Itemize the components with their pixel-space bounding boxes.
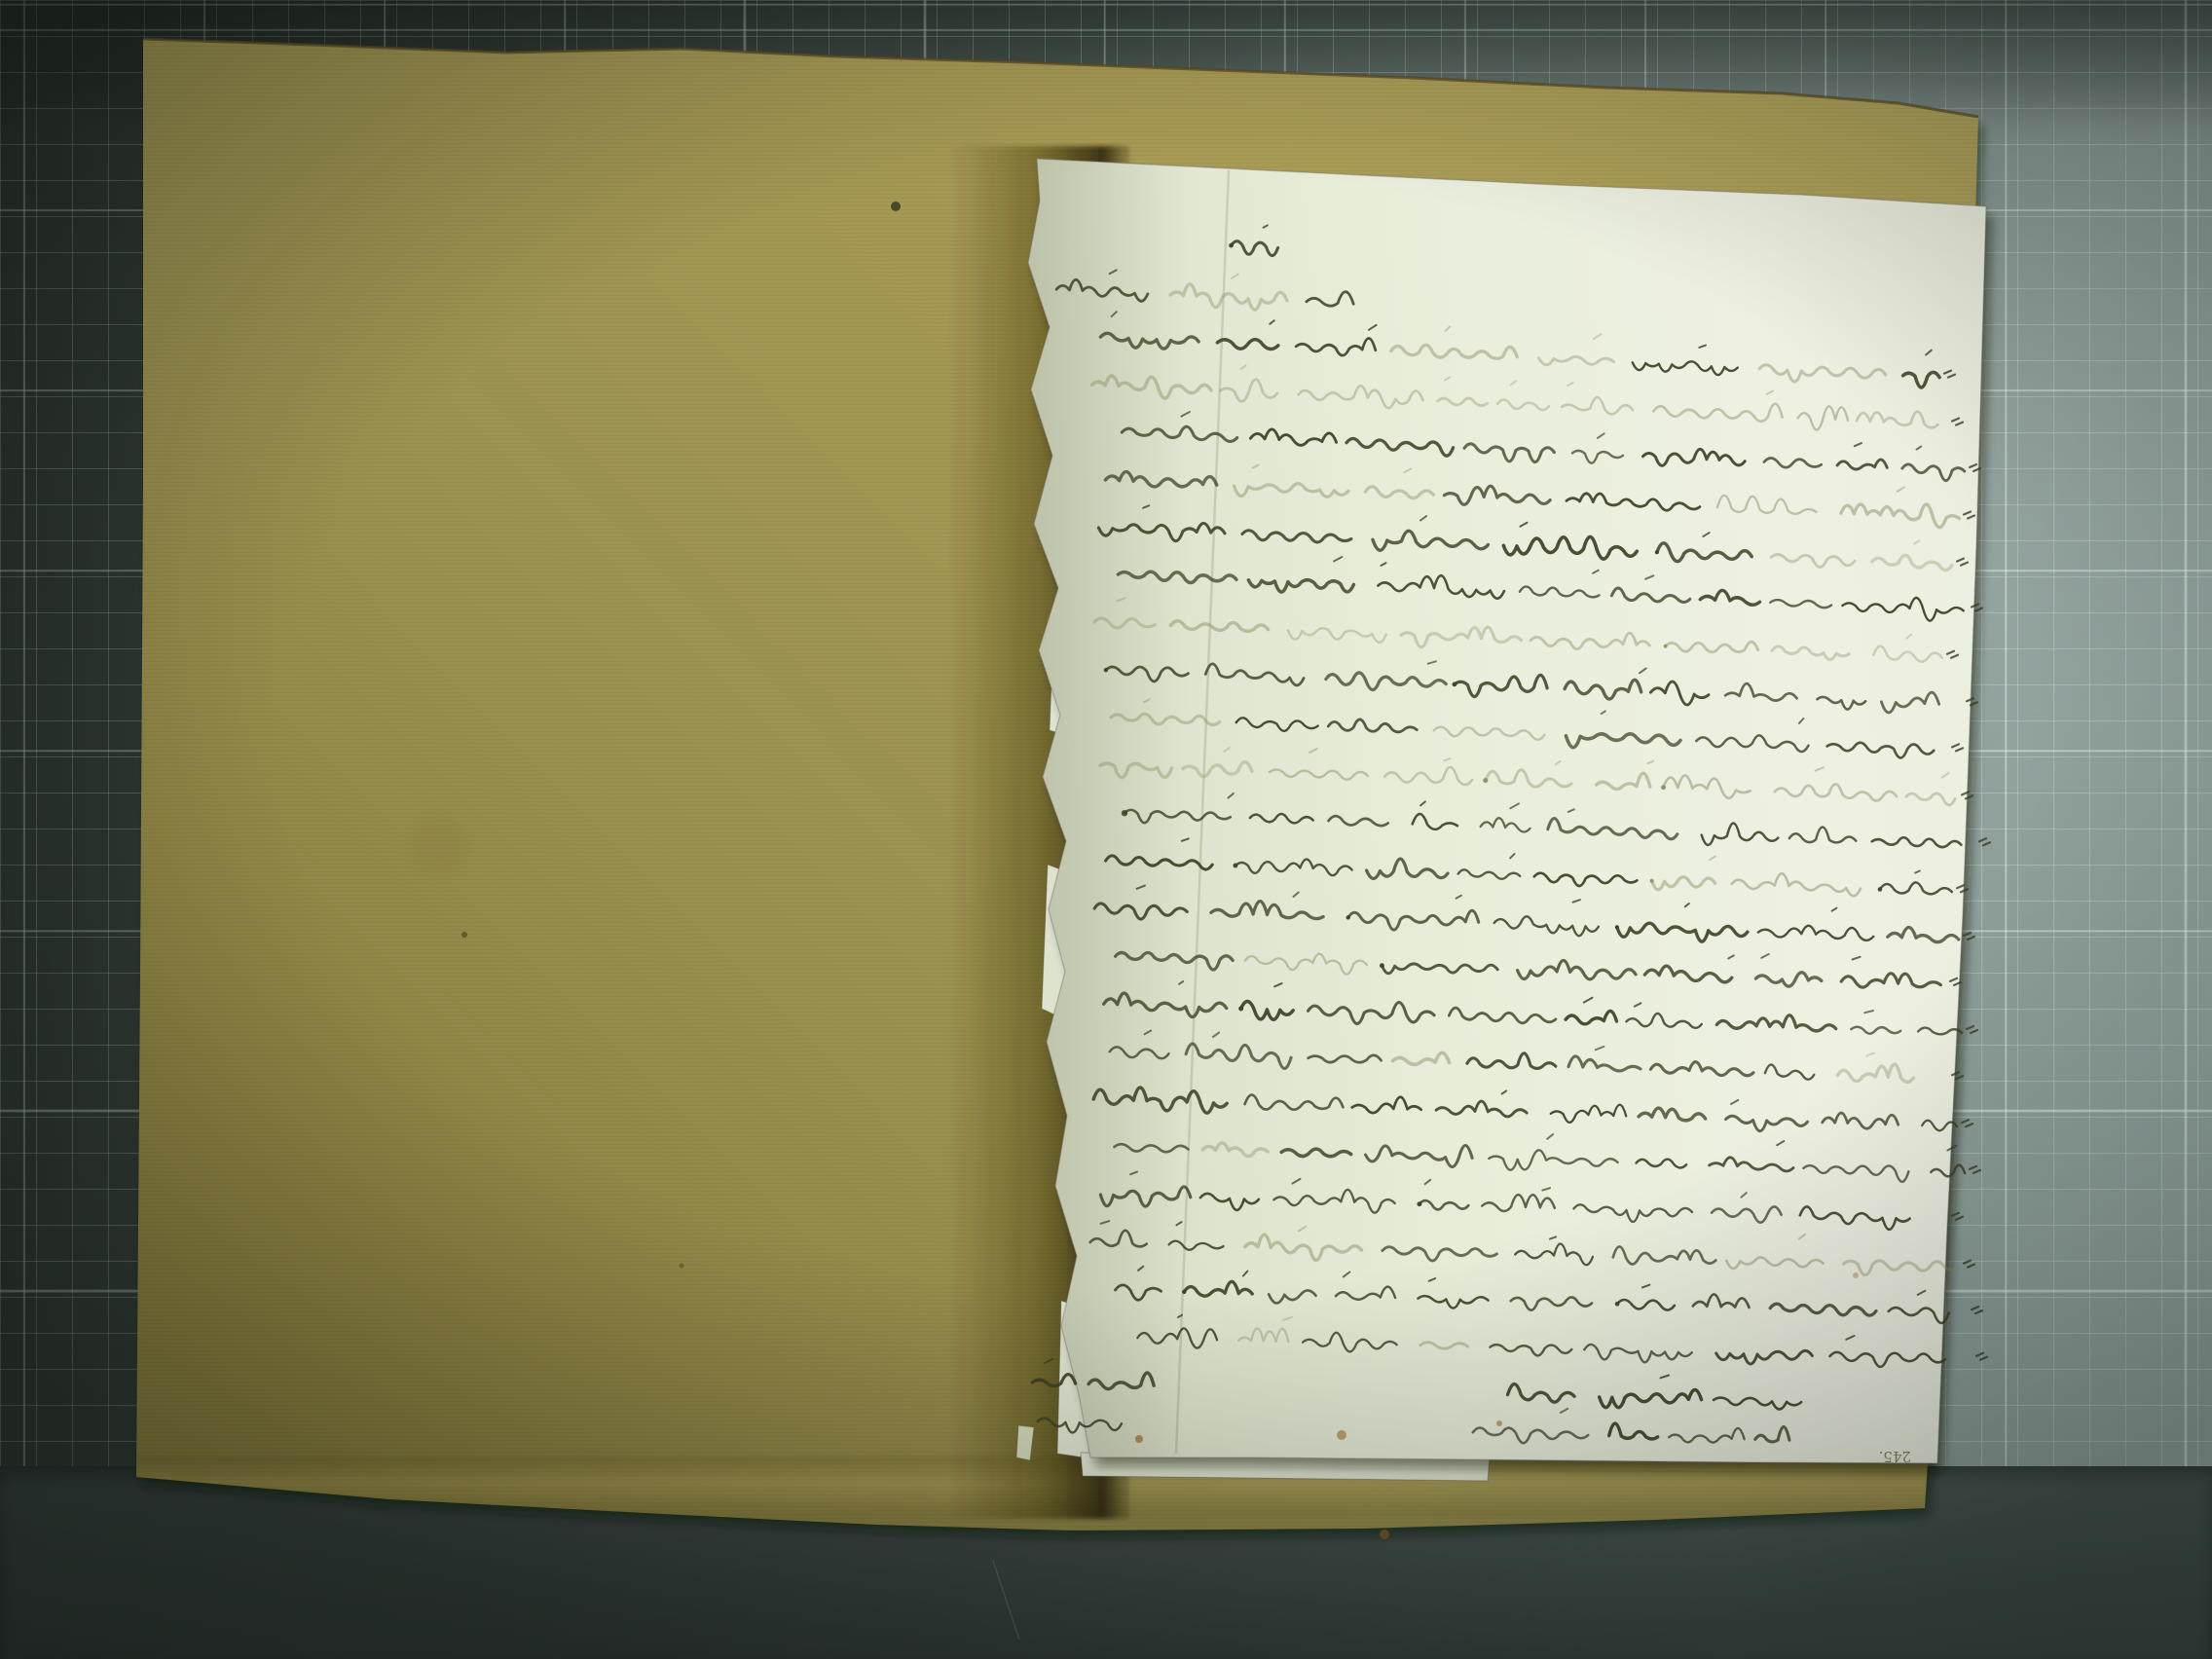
scene-layer: 245.: [0, 0, 2212, 1659]
mat-scratch: [993, 1561, 1019, 1640]
folio-number: 245.: [1879, 1448, 1911, 1465]
photo-stage: 245.: [0, 0, 2212, 1659]
manuscript-page: [1022, 156, 1992, 1472]
